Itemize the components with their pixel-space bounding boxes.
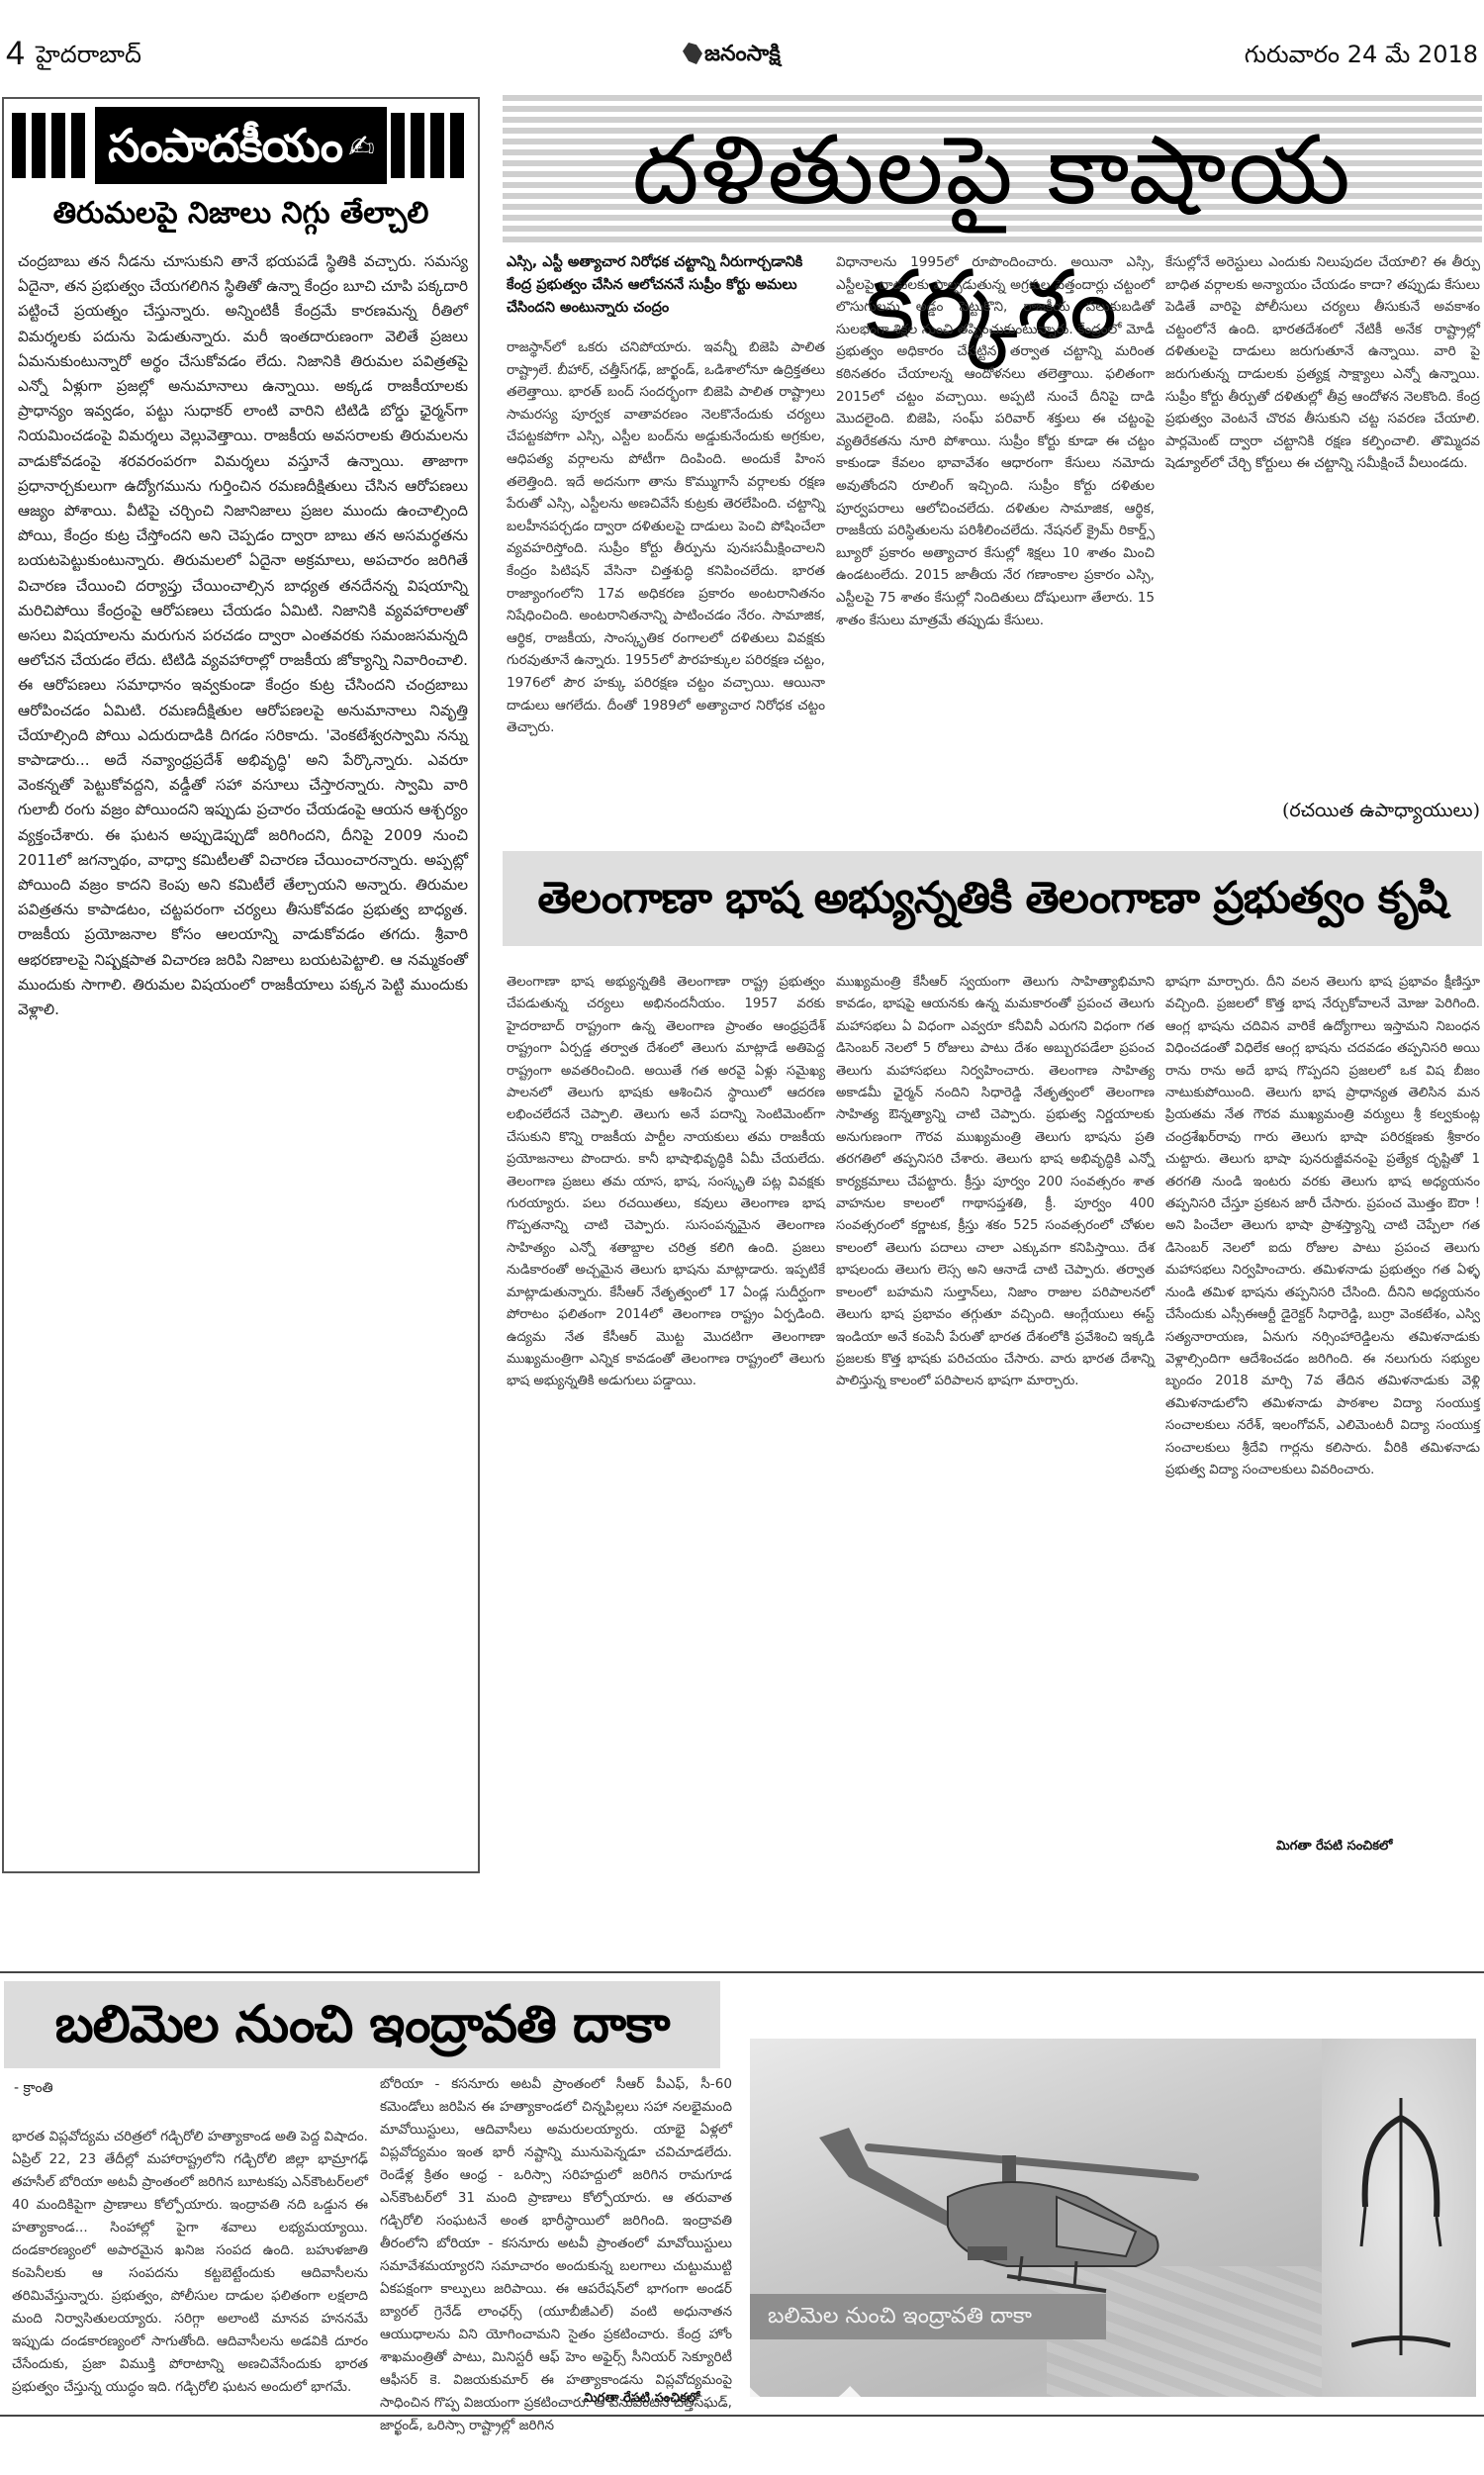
- bottom-headline: బలిమెల నుంచి ఇంద్రావతి దాకా: [4, 1981, 720, 2068]
- pen-writing-icon: ✍: [348, 108, 374, 185]
- banner-stripes-left: [12, 113, 91, 178]
- paper-name-text: జనంసాక్షి: [704, 42, 781, 66]
- publication-date: గురువారం 24 మే 2018: [1245, 38, 1478, 71]
- bottom-continued-note: మిగతా రేపటి సంచికలో: [584, 2391, 699, 2409]
- telangana-continued-note: మిగతా రేపటి సంచికలో: [1276, 1839, 1392, 1856]
- telangana-column-2: ముఖ్యమంత్రి కేసీఆర్ స్వయంగా తెలుగు సాహిత…: [836, 972, 1155, 1393]
- lead-column-1: రాజస్థాన్‌లో ఒకరు చనిపోయారు. ఇవన్నీ బిజె…: [507, 336, 825, 739]
- bottom-byline: - క్రాంతి: [14, 2080, 53, 2099]
- telangana-headline-band: తెలంగాణా భాష అభ్యున్నతికి తెలంగాణా ప్రభు…: [503, 851, 1482, 946]
- editorial-label: సంపాదకీయం✍: [95, 107, 387, 184]
- bottom-column-2: బోరియా - కసనూరు అటవీ ప్రాంతంలో సీఆర్ పీఎ…: [380, 2073, 732, 2437]
- lead-column-3: కేసుల్లోనే అరెస్టులు ఎందుకు నిలుపుదల చేయ…: [1165, 251, 1480, 475]
- telangana-column-3: భాషగా మార్చారు. దీని వలన తెలుగు భాష ప్రభ…: [1165, 972, 1480, 1481]
- sketch-panel: [1322, 2039, 1476, 2397]
- banner-stripes-right: [391, 113, 470, 178]
- telangana-headline: తెలంగాణా భాష అభ్యున్నతికి తెలంగాణా ప్రభు…: [503, 851, 1482, 946]
- lead-kicker: ఎస్సి, ఎస్టీ అత్యాచార నిరోధక చట్టాన్ని న…: [507, 251, 825, 320]
- image-caption: బలిమెల నుంచి ఇంద్రావతి దాకా: [750, 2294, 1106, 2339]
- masthead: 4 హైదరాబాద్ జనంసాక్షి గురువారం 24 మే 201…: [0, 34, 1484, 89]
- paper-name: జనంసాక్షి: [683, 38, 781, 71]
- telangana-map-logo-icon: [683, 43, 702, 64]
- edition-city: హైదరాబాద్: [36, 38, 141, 71]
- telangana-column-1: తెలంగాణా భాష అభ్యున్నతికి తెలంగాణా రాష్ట…: [507, 972, 825, 1393]
- bottom-headline-band: బలిమెల నుంచి ఇంద్రావతి దాకా: [4, 1981, 720, 2068]
- editorial-body: చంద్రబాబు తన నీడను చూసుకుని తానే భయపడే స…: [18, 249, 468, 1022]
- editorial-banner: సంపాదకీయం✍: [12, 107, 470, 184]
- lead-headline-band: దళితులపై కాషాయ కర్కశం: [503, 95, 1482, 245]
- editorial-label-text: సంపాదకీయం: [108, 119, 342, 172]
- editorial-headline: తిరుమలపై నిజాలు నిగ్గు తేల్చాలి: [12, 192, 470, 236]
- hanging-figure-sketch-icon: [1351, 2098, 1450, 2365]
- lead-author-credit: (రచయిత ఉపాధ్యాయులు): [1237, 800, 1480, 826]
- editorial-box: సంపాదకీయం✍ తిరుమలపై నిజాలు నిగ్గు తేల్చా…: [2, 97, 480, 1873]
- bottom-column-1: భారత విప్లవోద్యమ చరిత్రలో గడ్చిరోలి హత్య…: [12, 2126, 368, 2399]
- helicopter-illustration: బలిమెల నుంచి ఇంద్రావతి దాకా: [750, 2039, 1476, 2397]
- page-number: 4: [6, 34, 25, 73]
- attack-helicopter-icon: [809, 2108, 1225, 2306]
- lead-column-2: విధానాలను 1995లో రూపొందించారు. అయినా ఎస్…: [836, 251, 1155, 631]
